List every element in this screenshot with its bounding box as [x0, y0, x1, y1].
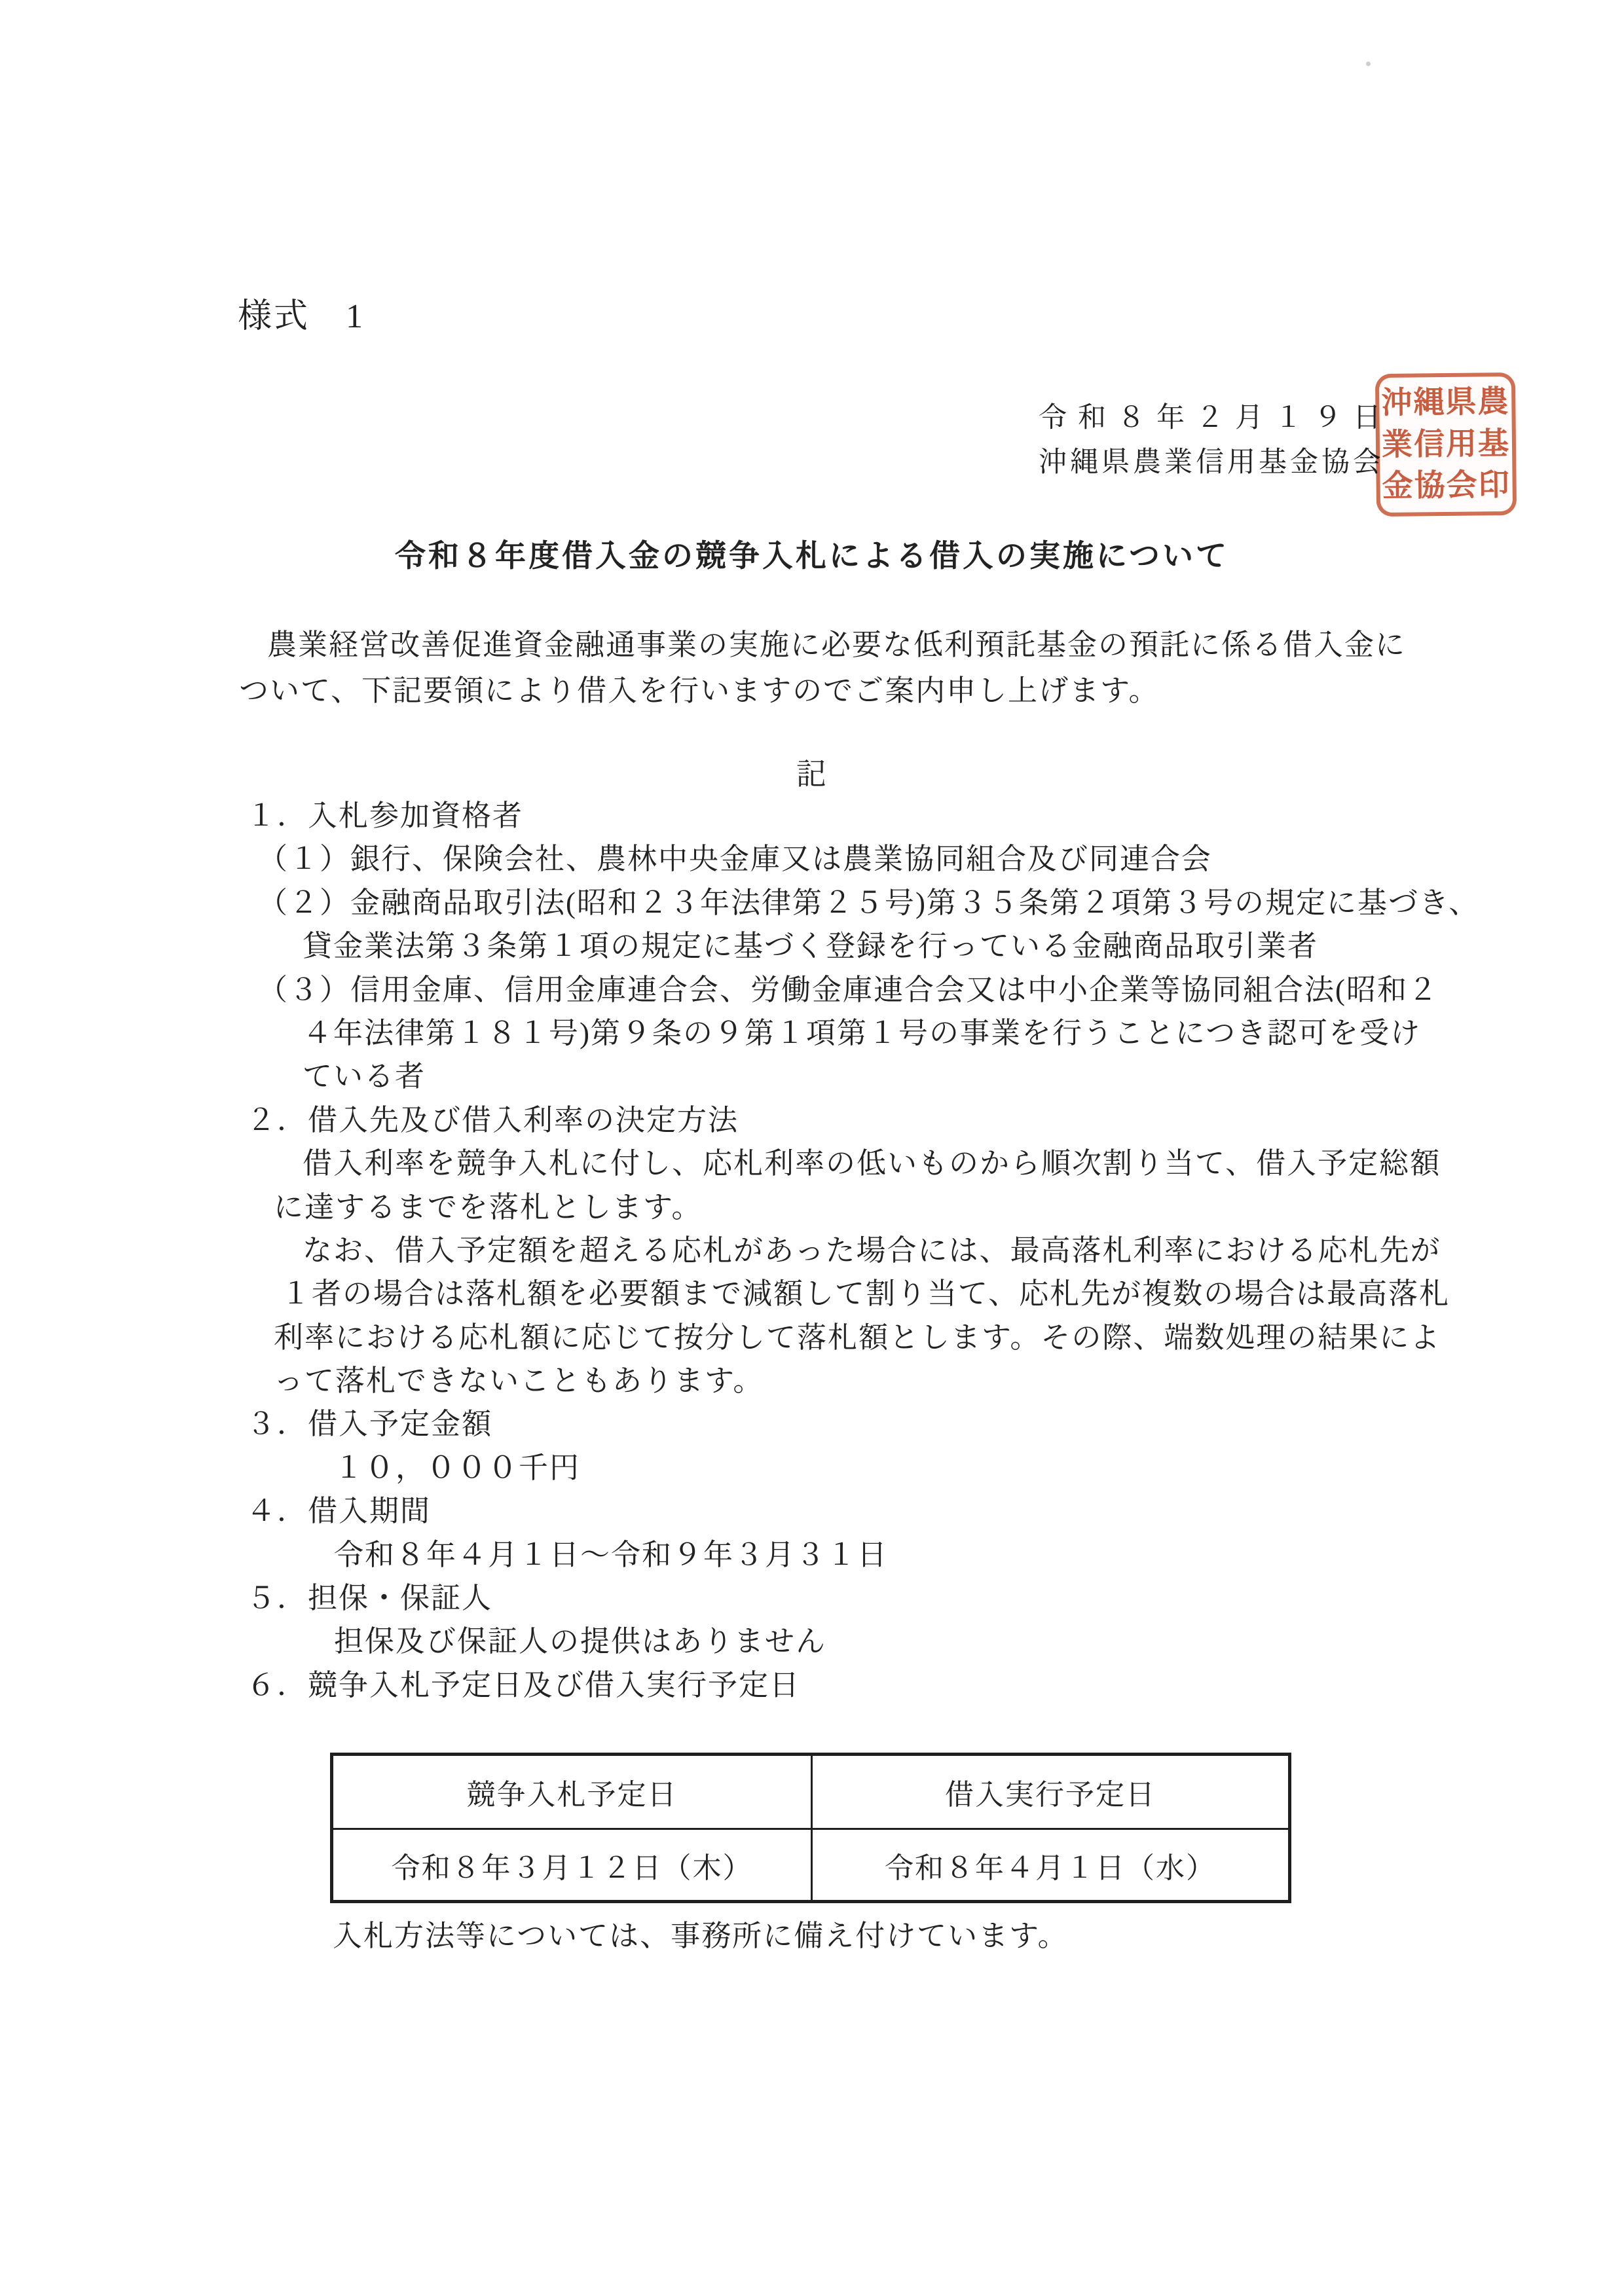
table-cell-borrow-date: 令和８年４月１日（水）: [811, 1828, 1288, 1900]
table-footnote: 入札方法等については、事務所に備え付けています。: [333, 1912, 1069, 1954]
table-header-borrow-date: 借入実行予定日: [811, 1756, 1288, 1828]
item-1-3-line1: （３）信用金庫、信用金庫連合会、労働金庫連合会又は中小企業等協同組合法(昭和２: [216, 968, 1526, 1011]
section-2-para1-line1: 借入利率を競争入札に付し、応札利率の低いものから順次割り当て、借入予定総額: [216, 1142, 1526, 1185]
form-number-label: 様式 1: [238, 288, 365, 337]
section-4-heading: ４．借入期間: [216, 1489, 1526, 1533]
section-4-value: 令和８年４月１日～令和９年３月３１日: [216, 1533, 1526, 1576]
section-6-heading: ６．競争入札予定日及び借入実行予定日: [216, 1664, 1526, 1707]
organization-name: 沖縄県農業信用基金協会: [1039, 440, 1384, 480]
section-2-heading: ２．借入先及び借入利率の決定方法: [216, 1099, 1526, 1142]
section-2-para2-line4: って落札できないこともあります。: [216, 1359, 1526, 1402]
section-5-heading: ５．担保・保証人: [216, 1576, 1526, 1620]
record-marker: 記: [0, 750, 1624, 793]
section-2-para2-line1: なお、借入予定額を超える応札があった場合には、最高落札利率における応札先が: [216, 1229, 1526, 1272]
intro-paragraph-line1: 農業経営改善促進資金融通事業の実施に必要な低利預託基金の預託に係る借入金に: [267, 621, 1406, 663]
document-title: 令和８年度借入金の競争入札による借入の実施について: [0, 532, 1624, 575]
section-2-para2-line2: １者の場合は落札額を必要額まで減額して割り当て、応札先が複数の場合は最高落札: [216, 1272, 1526, 1315]
item-1-3-line3: ている者: [216, 1055, 1526, 1098]
item-1-3-line2: ４年法律第１８１号)第９条の９第１項第１号の事業を行うことにつき認可を受け: [216, 1011, 1526, 1055]
section-3-heading: ３．借入予定金額: [216, 1402, 1526, 1446]
item-1-2-line1: （２）金融商品取引法(昭和２３年法律第２５号)第３５条第２項第３号の規定に基づき…: [216, 881, 1526, 924]
body-text: １．入札参加資格者 （１）銀行、保険会社、農林中央金庫又は農業協同組合及び同連合…: [216, 794, 1526, 1707]
table-cell-bid-date: 令和８年３月１２日（木）: [333, 1828, 811, 1900]
scanned-document-page: 様式 1 令和８年２月１９日 沖縄県農業信用基金協会 沖縄県農 業信用基 金協会…: [0, 0, 1624, 2296]
table-header-bid-date: 競争入札予定日: [333, 1756, 811, 1828]
document-date: 令和８年２月１９日: [1039, 395, 1392, 435]
section-1-heading: １．入札参加資格者: [216, 794, 1526, 837]
seal-text-row: 金協会印: [1382, 470, 1510, 502]
scan-artifact-dot: [1366, 62, 1371, 66]
official-red-seal: 沖縄県農 業信用基 金協会印: [1375, 373, 1517, 517]
section-3-value: １０，０００千円: [216, 1446, 1526, 1489]
seal-text-row: 業信用基: [1382, 428, 1510, 460]
section-5-value: 担保及び保証人の提供はありません: [216, 1620, 1526, 1663]
section-2-para1-line2: に達するまでを落札とします。: [216, 1186, 1526, 1229]
schedule-table: 競争入札予定日 借入実行予定日 令和８年３月１２日（木） 令和８年４月１日（水）: [330, 1753, 1291, 1903]
seal-text-row: 沖縄県農: [1381, 387, 1509, 419]
section-2-para2-line3: 利率における応札額に応じて按分して落札額とします。その際、端数処理の結果によ: [216, 1316, 1526, 1359]
intro-paragraph-line2: ついて、下記要領により借入を行いますのでご案内申し上げます。: [239, 666, 1160, 709]
item-1-1: （１）銀行、保険会社、農林中央金庫又は農業協同組合及び同連合会: [216, 837, 1526, 881]
item-1-2-line2: 貸金業法第３条第１項の規定に基づく登録を行っている金融商品取引業者: [216, 924, 1526, 968]
